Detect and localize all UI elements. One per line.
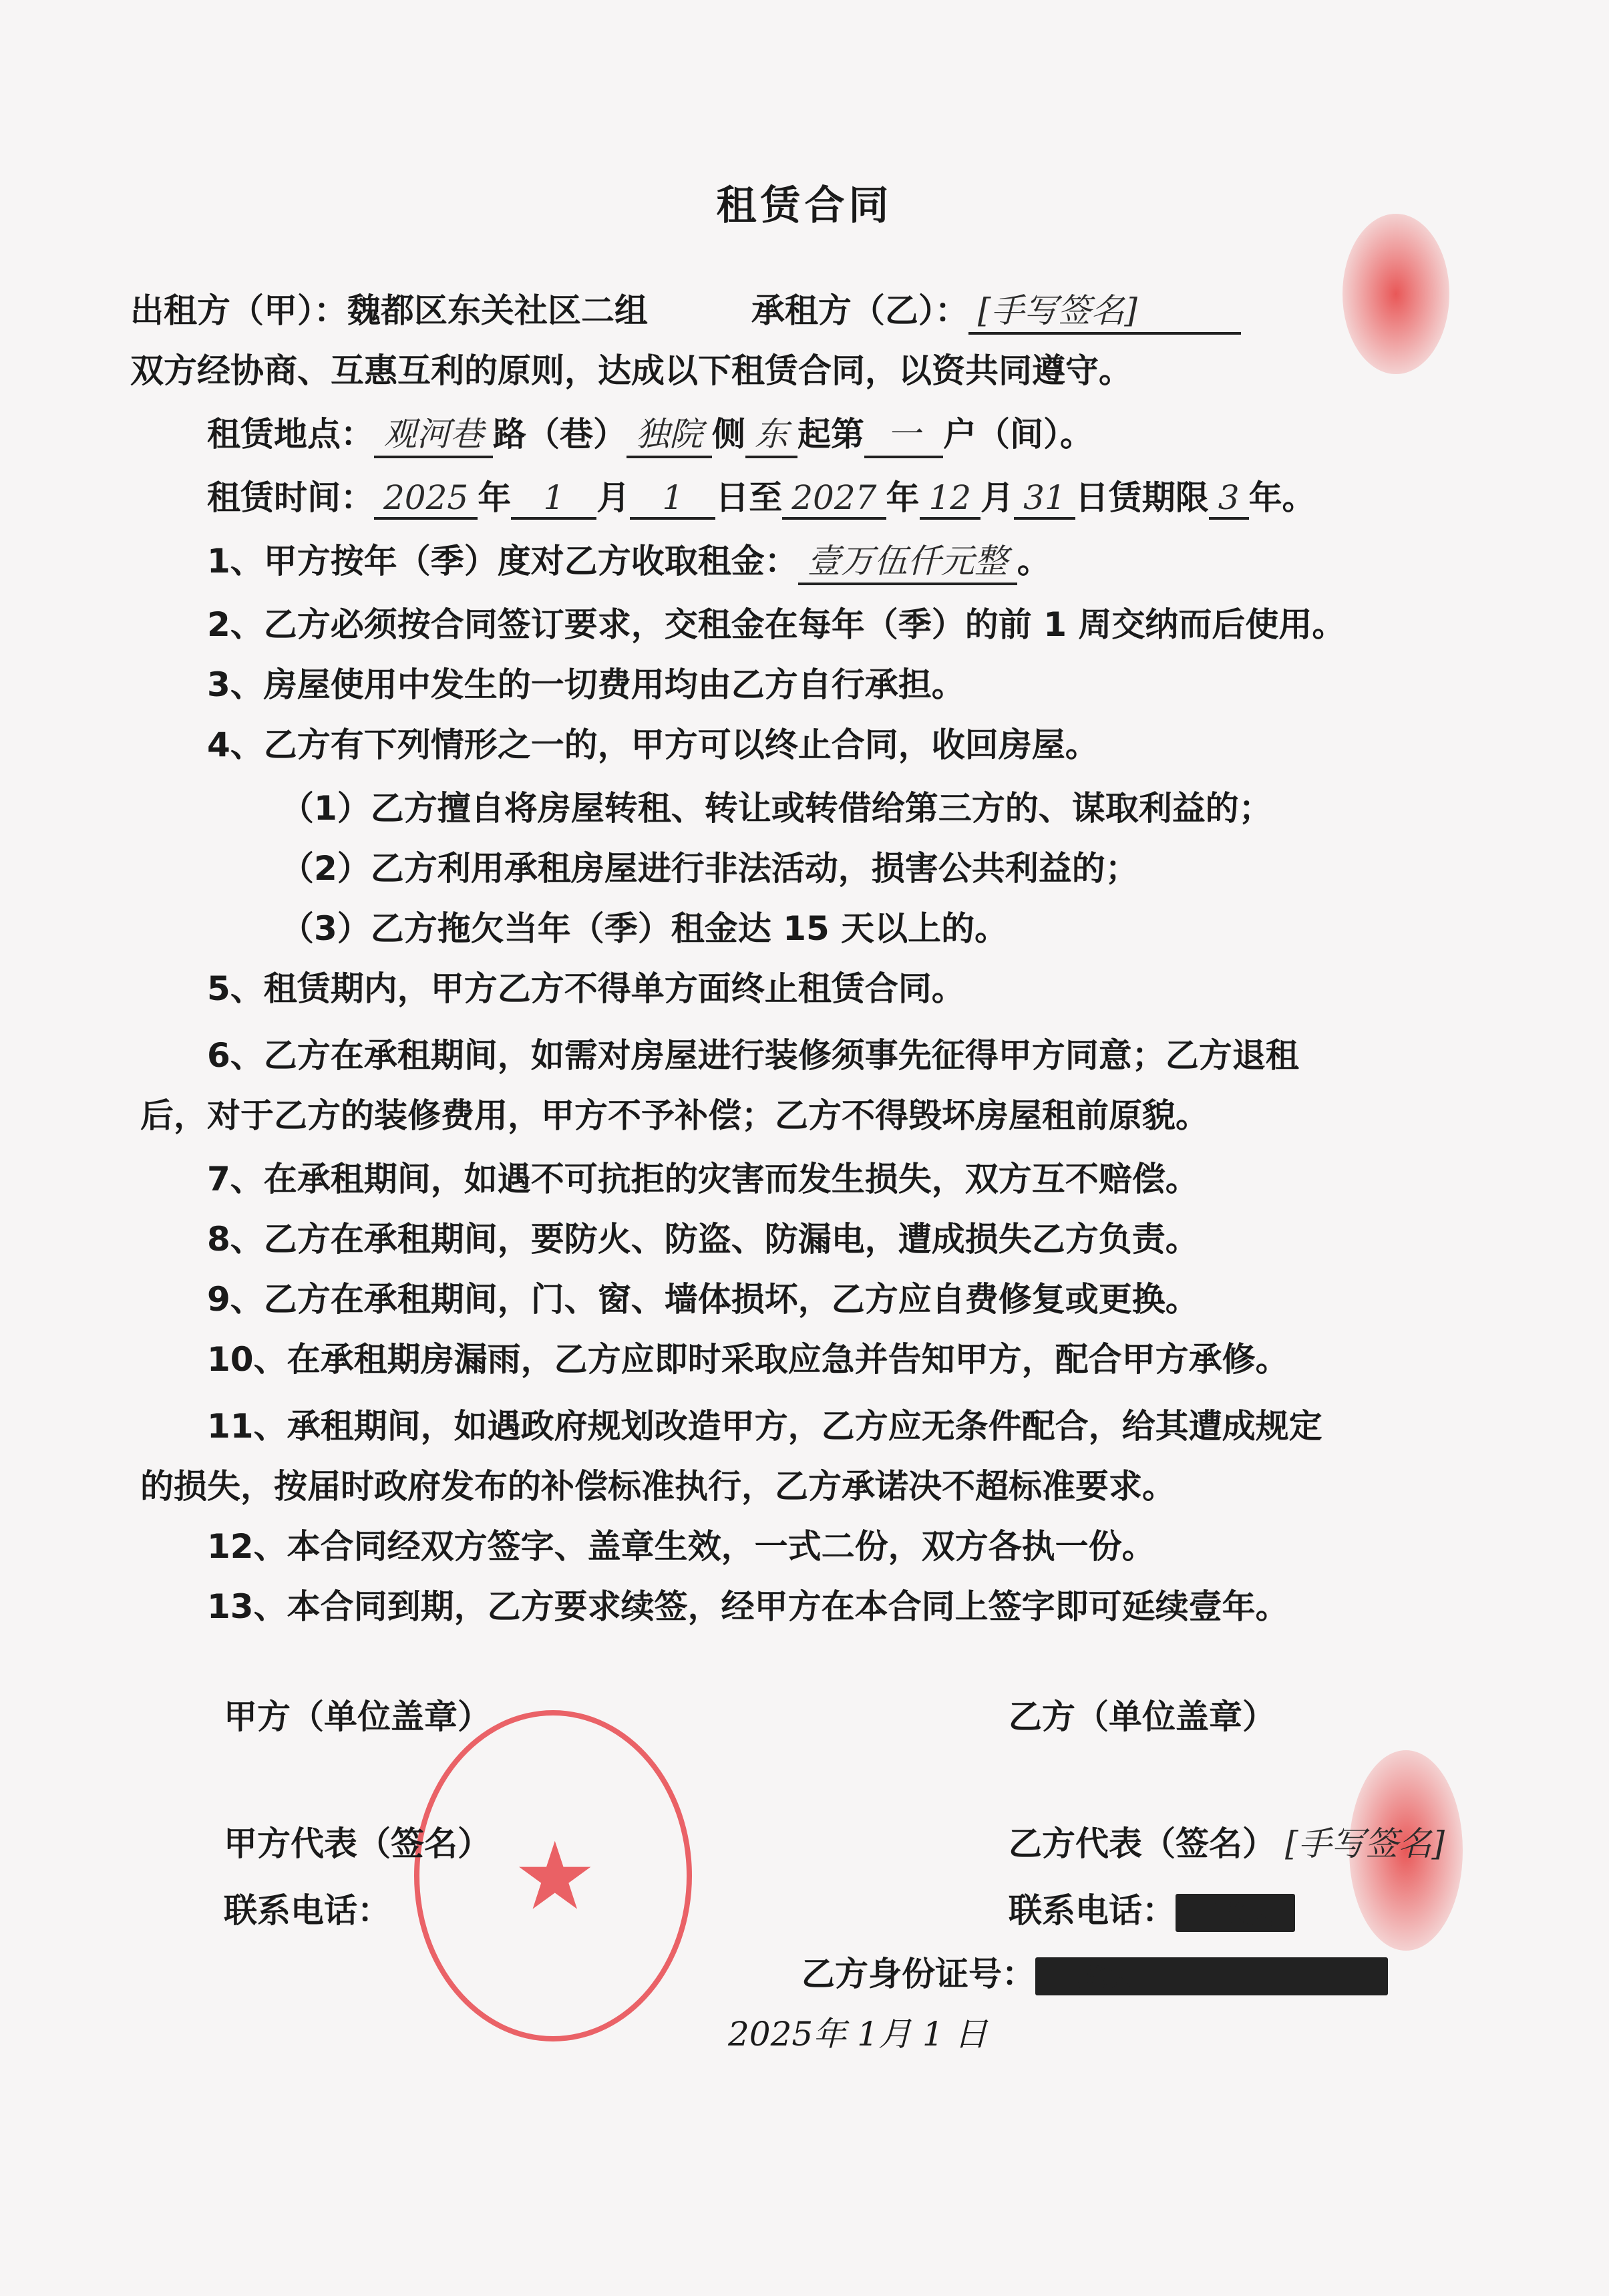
party-b-signature: [手写签名] bbox=[1276, 1817, 1454, 1865]
party-b-id-label: 乙方身份证号： bbox=[801, 1955, 1035, 1993]
intro-line: 双方经协商、互惠互利的原则，达成以下租赁合同，以资共同遵守。 bbox=[130, 344, 1132, 392]
clause-2: 2、乙方必须按合同签订要求，交租金在每年（季）的前 1 周交纳而后使用。 bbox=[207, 598, 1345, 646]
clause-8: 8、乙方在承租期间，要防火、防盗、防漏电，遭成损失乙方负责。 bbox=[207, 1212, 1199, 1261]
period-label: 租赁时间： bbox=[207, 478, 374, 517]
party-b-id: 乙方身份证号：[已隐去] bbox=[801, 1947, 1388, 1995]
day-to: 日至 bbox=[715, 478, 782, 517]
clause-4-3: （3）乙方拖欠当年（季）租金达 15 天以上的。 bbox=[281, 902, 1008, 950]
party-b-id-redacted: [已隐去] bbox=[1035, 1957, 1388, 1995]
seal-star-icon: ★ bbox=[513, 1822, 597, 1931]
party-a-phone-label: 联系电话： bbox=[224, 1884, 391, 1932]
clause-1-text: 1、甲方按年（季）度对乙方收取租金： bbox=[207, 542, 798, 581]
location-road-suffix: 路（巷） bbox=[493, 415, 627, 454]
location-line: 租赁地点：观河巷路（巷）独院侧东起第一户（间）。 bbox=[207, 407, 1093, 458]
term-label: 日赁期限 bbox=[1075, 478, 1209, 517]
clause-9: 9、乙方在承租期间，门、窗、墙体损坏，乙方应自费修复或更换。 bbox=[207, 1273, 1199, 1321]
end-year: 2027 bbox=[782, 478, 886, 520]
end-day: 31 bbox=[1014, 478, 1075, 520]
lessee-label: 承租方（乙）： bbox=[751, 291, 968, 330]
party-a-rep-label: 甲方代表（签名） bbox=[224, 1817, 491, 1865]
location-side: 独院 bbox=[627, 407, 712, 458]
party-b-seal-label: 乙方（单位盖章） bbox=[1009, 1690, 1276, 1738]
clause-6-cont: 后，对于乙方的装修费用，甲方不予补偿；乙方不得毁坏房屋租前原貌。 bbox=[140, 1089, 1209, 1137]
clause-11: 11、承租期间，如遇政府规划改造甲方，乙方应无条件配合，给其遭成规定 bbox=[207, 1400, 1322, 1448]
location-road: 观河巷 bbox=[374, 407, 493, 458]
clause-6: 6、乙方在承租期间，如需对房屋进行装修须事先征得甲方同意；乙方退租 bbox=[207, 1029, 1299, 1077]
location-dir-suffix: 起第 bbox=[797, 415, 864, 454]
clause-7: 7、在承租期间，如遇不可抗拒的灾害而发生损失，双方互不赔偿。 bbox=[207, 1152, 1199, 1200]
parties-line: 出租方（甲）：魏都区东关社区二组 承租方（乙）：[手写签名] bbox=[130, 284, 1241, 335]
party-b-phone-label: 联系电话： bbox=[1009, 1891, 1176, 1930]
lessor-label: 出租方（甲）： bbox=[130, 291, 347, 330]
location-unit: 一 bbox=[864, 407, 943, 458]
location-direction: 东 bbox=[745, 407, 797, 458]
official-seal: ★ bbox=[414, 1710, 692, 2041]
term-suffix: 年。 bbox=[1249, 478, 1316, 517]
month-char-2: 月 bbox=[980, 478, 1014, 517]
clause-12: 12、本合同经双方签字、盖章生效，一式二份，双方各执一份。 bbox=[207, 1520, 1155, 1568]
start-day: 1 bbox=[630, 478, 715, 520]
clause-3: 3、房屋使用中发生的一切费用均由乙方自行承担。 bbox=[207, 658, 965, 706]
clause-4-2: （2）乙方利用承租房屋进行非法活动，损害公共利益的； bbox=[281, 842, 1139, 890]
lessor-value: 魏都区东关社区二组 bbox=[347, 291, 648, 330]
location-side-suffix: 侧 bbox=[712, 415, 745, 454]
location-unit-suffix: 户（间）。 bbox=[943, 415, 1093, 454]
party-b-phone: 联系电话：[已隐去] bbox=[1009, 1884, 1295, 1932]
start-year: 2025 bbox=[374, 478, 478, 520]
clause-4-1: （1）乙方擅自将房屋转租、转让或转借给第三方的、谋取利益的； bbox=[281, 782, 1272, 830]
clause-5: 5、租赁期内，甲方乙方不得单方面终止租赁合同。 bbox=[207, 962, 965, 1010]
end-month: 12 bbox=[920, 478, 981, 520]
party-b-rep-label: 乙方代表（签名） bbox=[1009, 1824, 1276, 1863]
clause-1: 1、甲方按年（季）度对乙方收取租金：壹万伍仟元整。 bbox=[207, 534, 1051, 585]
month-char: 月 bbox=[596, 478, 630, 517]
clause-4: 4、乙方有下列情形之一的，甲方可以终止合同，收回房屋。 bbox=[207, 718, 1099, 766]
party-b-rep: 乙方代表（签名）[手写签名] bbox=[1009, 1817, 1454, 1865]
year-char: 年 bbox=[478, 478, 511, 517]
clause-10: 10、在承租期房漏雨，乙方应即时采取应急并告知甲方，配合甲方承修。 bbox=[207, 1333, 1289, 1381]
clause-1-suffix: 。 bbox=[1017, 542, 1051, 581]
year-char-2: 年 bbox=[886, 478, 920, 517]
thumbprint-top bbox=[1343, 214, 1449, 374]
location-label: 租赁地点： bbox=[207, 415, 374, 454]
contract-page: 租赁合同 出租方（甲）：魏都区东关社区二组 承租方（乙）：[手写签名] 双方经协… bbox=[0, 0, 1609, 2296]
document-title: 租赁合同 bbox=[0, 174, 1609, 231]
party-b-phone-redacted: [已隐去] bbox=[1176, 1894, 1295, 1932]
lessee-signature: [手写签名] bbox=[968, 284, 1241, 335]
clause-11-cont: 的损失，按届时政府发布的补偿标准执行，乙方承诺决不超标准要求。 bbox=[140, 1460, 1176, 1508]
rent-amount: 壹万伍仟元整 bbox=[798, 534, 1017, 585]
party-a-seal-label: 甲方（单位盖章） bbox=[224, 1690, 491, 1738]
period-line: 租赁时间：2025年1月1日至2027年12月31日赁期限3年。 bbox=[207, 471, 1316, 520]
term-years: 3 bbox=[1209, 478, 1249, 520]
sign-date: 2025年 1月 1 日 bbox=[728, 2007, 988, 2056]
clause-13: 13、本合同到期，乙方要求续签，经甲方在本合同上签字即可延续壹年。 bbox=[207, 1580, 1289, 1628]
start-month: 1 bbox=[511, 478, 596, 520]
